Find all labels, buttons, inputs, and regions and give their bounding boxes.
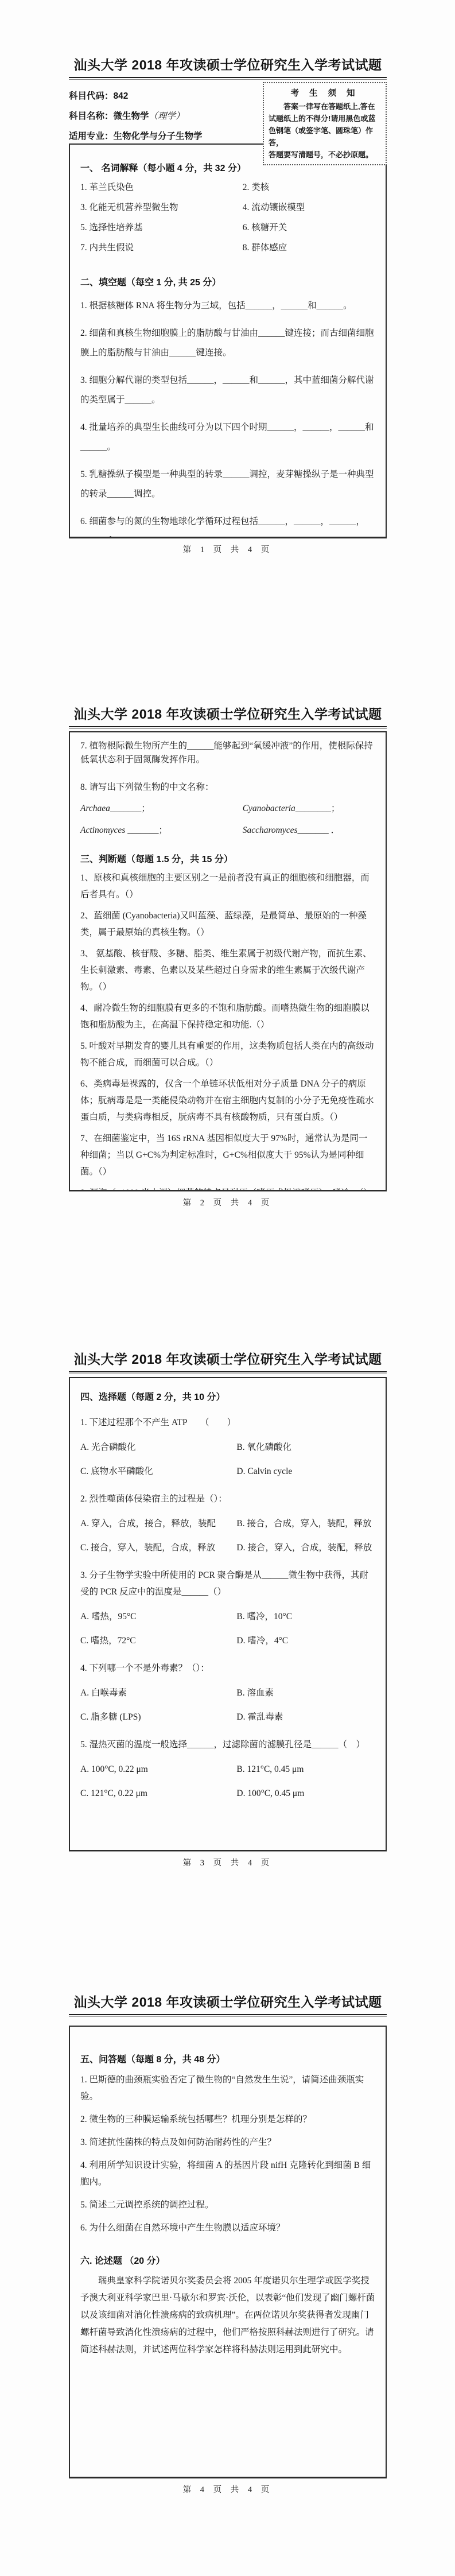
exam-page-3: 汕头大学 2018 年攻读硕士学位研究生入学考试试题 四、选择题（每题 2 分，… <box>69 1349 387 1868</box>
qa-question: 4. 利用所学知识设计实验，将细菌 A 的基因片段 nifH 克隆转化到细菌 B… <box>80 2157 375 2190</box>
mcq-option: B. 接合，合成，穿入，装配，释放 <box>236 1516 375 1531</box>
mcq-option: D. 嗜冷，4°C <box>236 1634 375 1648</box>
subject-name-note-handwritten: （理学） <box>149 111 185 121</box>
title-divider <box>69 726 387 729</box>
mcq-option-row: C. 脂多糖 (LPS) D. 霍乱毒素 <box>80 1710 375 1725</box>
page-footer: 第 3 页 共 4 页 <box>69 1856 387 1868</box>
fill-question: 1. 根据核糖体 RNA 将生物分为三域，包括______，______和___… <box>80 296 375 316</box>
mcq-option: B. 121°C, 0.45 μm <box>236 1762 375 1777</box>
page-title: 汕头大学 2018 年攻读硕士学位研究生入学考试试题 <box>69 704 387 723</box>
fill-question: 6. 细菌参与的氮的生物地球化学循环过程包括______，______，____… <box>80 512 375 538</box>
section-2-title: 二、填空题（每空 1 分, 共 25 分） <box>80 275 375 288</box>
latin-blank: _______； <box>125 825 168 835</box>
mcq-option: A. 穿入，合成，接合，释放，装配 <box>80 1516 236 1531</box>
subject-name-value: 微生物学 <box>114 111 149 121</box>
term-row: 5. 选择性培养基 6. 核糖开关 <box>80 222 375 234</box>
mcq-option: A. 100°C, 0.22 μm <box>80 1762 236 1777</box>
mcq-option: A. 白喉毒素 <box>80 1686 236 1701</box>
page-title: 汕头大学 2018 年攻读硕士学位研究生入学考试试题 <box>69 55 387 73</box>
term-row: 7. 内共生假说 8. 群体感应 <box>80 242 375 254</box>
fill-question: 2. 细菌和真核生物细胞膜上的脂肪酸与甘油由______键连接；而古细菌细胞膜上… <box>80 324 375 363</box>
latin-genus: Cyanobacteria <box>243 804 295 813</box>
mcq-option: A. 光合磷酸化 <box>80 1440 236 1455</box>
subject-name-label: 科目名称： <box>69 111 114 121</box>
exam-page-2: 汕头大学 2018 年攻读硕士学位研究生入学考试试题 7. 植物根际微生物所产生… <box>69 704 387 1208</box>
page-title: 汕头大学 2018 年攻读硕士学位研究生入学考试试题 <box>69 1992 387 2011</box>
mcq-option: D. 接合，穿入，合成，装配，释放 <box>236 1541 375 1555</box>
latin-blank: _______ ． <box>298 825 340 835</box>
questions-box-page-3: 四、选择题（每题 2 分，共 10 分） 1. 下述过程那个不产生 ATP （ … <box>69 1377 387 1851</box>
mcq-option: C. 嗜热，72°C <box>80 1634 236 1648</box>
subject-code-value: 842 <box>114 91 129 101</box>
exam-scan-canvas: 汕头大学 2018 年攻读硕士学位研究生入学考试试题 科目代码：842 科目名称… <box>0 0 455 2576</box>
page-footer: 第 1 页 共 4 页 <box>69 543 387 555</box>
latin-name-row: Actinomyces _______； Saccharomyces______… <box>80 823 375 838</box>
mcq-option: C. 121°C, 0.22 μm <box>80 1786 236 1801</box>
candidate-notice-box: 考 生 须 知 答案一律写在答题纸上,答在 试题纸上的不得分!请用黑色或蓝 色钢… <box>263 82 387 165</box>
mcq-option: C. 接合，穿入，装配，合成，释放 <box>80 1541 236 1555</box>
qa-question: 6. 为什么细菌在自然环境中产生生物膜以适应环境？ <box>80 2220 375 2236</box>
mcq-question: 3. 分子生物学实验中所使用的 PCR 聚合酶是从______微生物中获得，其耐… <box>80 1567 375 1600</box>
subject-code-label: 科目代码： <box>69 91 114 101</box>
section-3-title: 三、判断题（每题 1.5 分，共 15 分） <box>80 852 375 865</box>
mcq-option-row: A. 嗜热，95°C B. 嗜冷，10°C <box>80 1609 375 1624</box>
mcq-option-row: A. 光合磷酸化 B. 氧化磷酸化 <box>80 1440 375 1455</box>
mcq-option: B. 嗜冷，10°C <box>236 1609 375 1624</box>
term-item: 5. 选择性培养基 <box>80 222 243 234</box>
title-divider <box>69 77 387 80</box>
term-item: 7. 内共生假说 <box>80 242 243 254</box>
latin-genus: Actinomyces <box>80 825 125 835</box>
mcq-option: C. 底物水平磷酸化 <box>80 1464 236 1479</box>
title-divider <box>69 1371 387 1374</box>
section-6-title: 六. 论述题 （20 分） <box>80 2253 375 2267</box>
term-item: 6. 核糖开关 <box>243 222 375 234</box>
judge-question: 7、在细菌鉴定中，当 16S rRNA 基因相似度大于 97%时，通常认为是同一… <box>80 1130 375 1180</box>
mcq-option-row: C. 121°C, 0.22 μm D. 100°C, 0.45 μm <box>80 1786 375 1801</box>
latin-blank: _______； <box>110 804 150 813</box>
qa-question: 1. 巴斯德的曲颈瓶实验否定了微生物的“自然发生生说”，请简述曲颈瓶实验。 <box>80 2071 375 2105</box>
exam-page-1: 汕头大学 2018 年攻读硕士学位研究生入学考试试题 科目代码：842 科目名称… <box>69 55 387 555</box>
notice-line: 色钢笔（或签字笔、圆珠笔）作答， <box>269 125 381 149</box>
mcq-option: A. 嗜热，95°C <box>80 1609 236 1624</box>
judge-question: 5. 叶酸对早期发育的婴儿具有重要的作用，这类物质包括人类在内的高级动物不能合成… <box>80 1038 375 1071</box>
qa-question: 3. 简述抗性菌株的特点及如何防治耐药性的产生？ <box>80 2134 375 2151</box>
questions-box-page-1: 一、 名词解释（每小题 4 分，共 32 分） 1. 革兰氏染色 2. 类核 3… <box>69 143 387 538</box>
mcq-question: 2. 烈性噬菌体侵染宿主的过程是（）： <box>80 1491 375 1507</box>
latin-blank: ________； <box>295 804 340 813</box>
latin-name-row: Archaea_______； Cyanobacteria________； <box>80 801 375 816</box>
qa-question: 2. 微生物的三种膜运输系统包括哪些？机理分别是怎样的？ <box>80 2111 375 2128</box>
page-footer: 第 2 页 共 4 页 <box>69 1196 387 1208</box>
latin-genus: Archaea <box>80 804 110 813</box>
fill-question: 4. 批量培养的典型生长曲线可分为以下四个时期______，______，___… <box>80 418 375 457</box>
mcq-option-row: C. 嗜热，72°C D. 嗜冷，4°C <box>80 1634 375 1648</box>
notice-line: 试题纸上的不得分!请用黑色或蓝 <box>269 112 381 125</box>
fill-question: 8. 请写出下列微生物的中文名称： <box>80 781 375 794</box>
fill-question: 5. 乳糖操纵子模型是一种典型的转录______调控，麦芽糖操纵子是一种典型的转… <box>80 465 375 504</box>
judge-question: 4、耐冷微生物的细胞膜有更多的不饱和脂肪酸。而嗜热微生物的细胞膜以饱和脂肪酸为主… <box>80 1000 375 1033</box>
term-item: 4. 流动镶嵌模型 <box>243 201 375 214</box>
mcq-question: 5. 湿热灭菌的温度一般选择______，过滤除菌的滤膜孔径是______（ ） <box>80 1736 375 1753</box>
mcq-option: C. 脂多糖 (LPS) <box>80 1710 236 1725</box>
subject-name-line: 科目名称：微生物学（理学） <box>69 109 203 122</box>
subject-code-line: 科目代码：842 <box>69 89 203 102</box>
page-title: 汕头大学 2018 年攻读硕士学位研究生入学考试试题 <box>69 1349 387 1368</box>
exam-page-4: 汕头大学 2018 年攻读硕士学位研究生入学考试试题 五、问答题（每题 8 分，… <box>69 1992 387 2495</box>
notice-line: 答题要写清题号，不必抄原题。 <box>269 149 381 161</box>
judge-question: 6、类病毒是裸露的，仅含一个单链环状低相对分子质量 DNA 分子的病原体；朊病毒… <box>80 1076 375 1126</box>
major-label: 适用专业： <box>69 131 114 141</box>
subject-info-row: 科目代码：842 科目名称：微生物学（理学） 适用专业：生物化学与分子生物学 考… <box>69 82 387 142</box>
mcq-option-row: C. 底物水平磷酸化 D. Calvin cycle <box>80 1464 375 1479</box>
fill-question: 7. 植物根际微生物所产生的______能够起到“氧缓冲液”的作用，使根际保持低… <box>80 739 375 767</box>
term-item: 1. 革兰氏染色 <box>80 181 243 194</box>
major-value: 生物化学与分子生物学 <box>114 131 203 141</box>
qa-question: 5. 简述二元调控系统的调控过程。 <box>80 2197 375 2213</box>
mcq-option: D. 100°C, 0.45 μm <box>236 1786 375 1801</box>
mcq-option: B. 溶血素 <box>236 1686 375 1701</box>
judge-question: 1、原核和真核细胞的主要区别之一是前者没有真正的细胞核和细胞器，而后者具有。（） <box>80 870 375 903</box>
term-row: 1. 革兰氏染色 2. 类核 <box>80 181 375 194</box>
judge-question: 2、蓝细菌 (Cyanobacteria)又叫蓝藻、蓝绿藻，是最简单、最原始的一… <box>80 907 375 941</box>
mcq-option: D. Calvin cycle <box>236 1464 375 1479</box>
latin-item: Cyanobacteria________； <box>243 801 375 816</box>
questions-box-page-4: 五、问答题（每题 8 分，共 48 分） 1. 巴斯德的曲颈瓶实验否定了微生物的… <box>69 2026 387 2478</box>
section-4-title: 四、选择题（每题 2 分，共 10 分） <box>80 1390 375 1403</box>
latin-item: Archaea_______； <box>80 801 243 816</box>
page-footer: 第 4 页 共 4 页 <box>69 2483 387 2495</box>
mcq-option: B. 氧化磷酸化 <box>236 1440 375 1455</box>
mcq-option-row: A. 100°C, 0.22 μm B. 121°C, 0.45 μm <box>80 1762 375 1777</box>
judge-question: 8. 深海（>1000 米水深）细菌的特点是耐压（嗜压或极端嗜压）、嗜冷。（） <box>80 1185 375 1191</box>
mcq-option: D. 霍乱毒素 <box>236 1710 375 1725</box>
term-item: 2. 类核 <box>243 181 375 194</box>
latin-item: Actinomyces _______； <box>80 823 243 838</box>
latin-genus: Saccharomyces <box>243 825 298 835</box>
mcq-option-row: C. 接合，穿入，装配，合成，释放 D. 接合，穿入，合成，装配，释放 <box>80 1541 375 1555</box>
mcq-option-row: A. 白喉毒素 B. 溶血素 <box>80 1686 375 1701</box>
major-line: 适用专业：生物化学与分子生物学 <box>69 129 203 142</box>
latin-item: Saccharomyces_______ ． <box>243 823 375 838</box>
term-item: 3. 化能无机营养型微生物 <box>80 201 243 214</box>
term-row: 3. 化能无机营养型微生物 4. 流动镶嵌模型 <box>80 201 375 214</box>
section-5-title: 五、问答题（每题 8 分，共 48 分） <box>80 2052 375 2065</box>
fill-question: 3. 细胞分解代谢的类型包括______，______和______，其中蓝细菌… <box>80 371 375 410</box>
mcq-question: 1. 下述过程那个不产生 ATP （ ） <box>80 1414 375 1431</box>
mcq-question: 4. 下列哪一个不是外毒素？（）： <box>80 1660 375 1677</box>
essay-question: 瑞典皇家科学院诺贝尔奖委员会将 2005 年度诺贝尔生理学或医学奖授予澳大利亚科… <box>80 2272 375 2358</box>
notice-title: 考 生 须 知 <box>269 87 381 99</box>
mcq-option-row: A. 穿入，合成，接合，释放，装配 B. 接合，合成，穿入，装配，释放 <box>80 1516 375 1531</box>
subject-info-block: 科目代码：842 科目名称：微生物学（理学） 适用专业：生物化学与分子生物学 <box>69 82 203 149</box>
title-divider <box>69 2014 387 2017</box>
questions-box-page-2: 7. 植物根际微生物所产生的______能够起到“氧缓冲液”的作用，使根际保持低… <box>69 731 387 1191</box>
term-item: 8. 群体感应 <box>243 242 375 254</box>
judge-question: 3、 氨基酸、核苷酸、多糖、脂类、维生素属于初级代谢产物，而抗生素、生长刺激素、… <box>80 945 375 995</box>
notice-line: 答案一律写在答题纸上,答在 <box>269 100 381 112</box>
terms-grid: 1. 革兰氏染色 2. 类核 3. 化能无机营养型微生物 4. 流动镶嵌模型 5… <box>80 181 375 254</box>
